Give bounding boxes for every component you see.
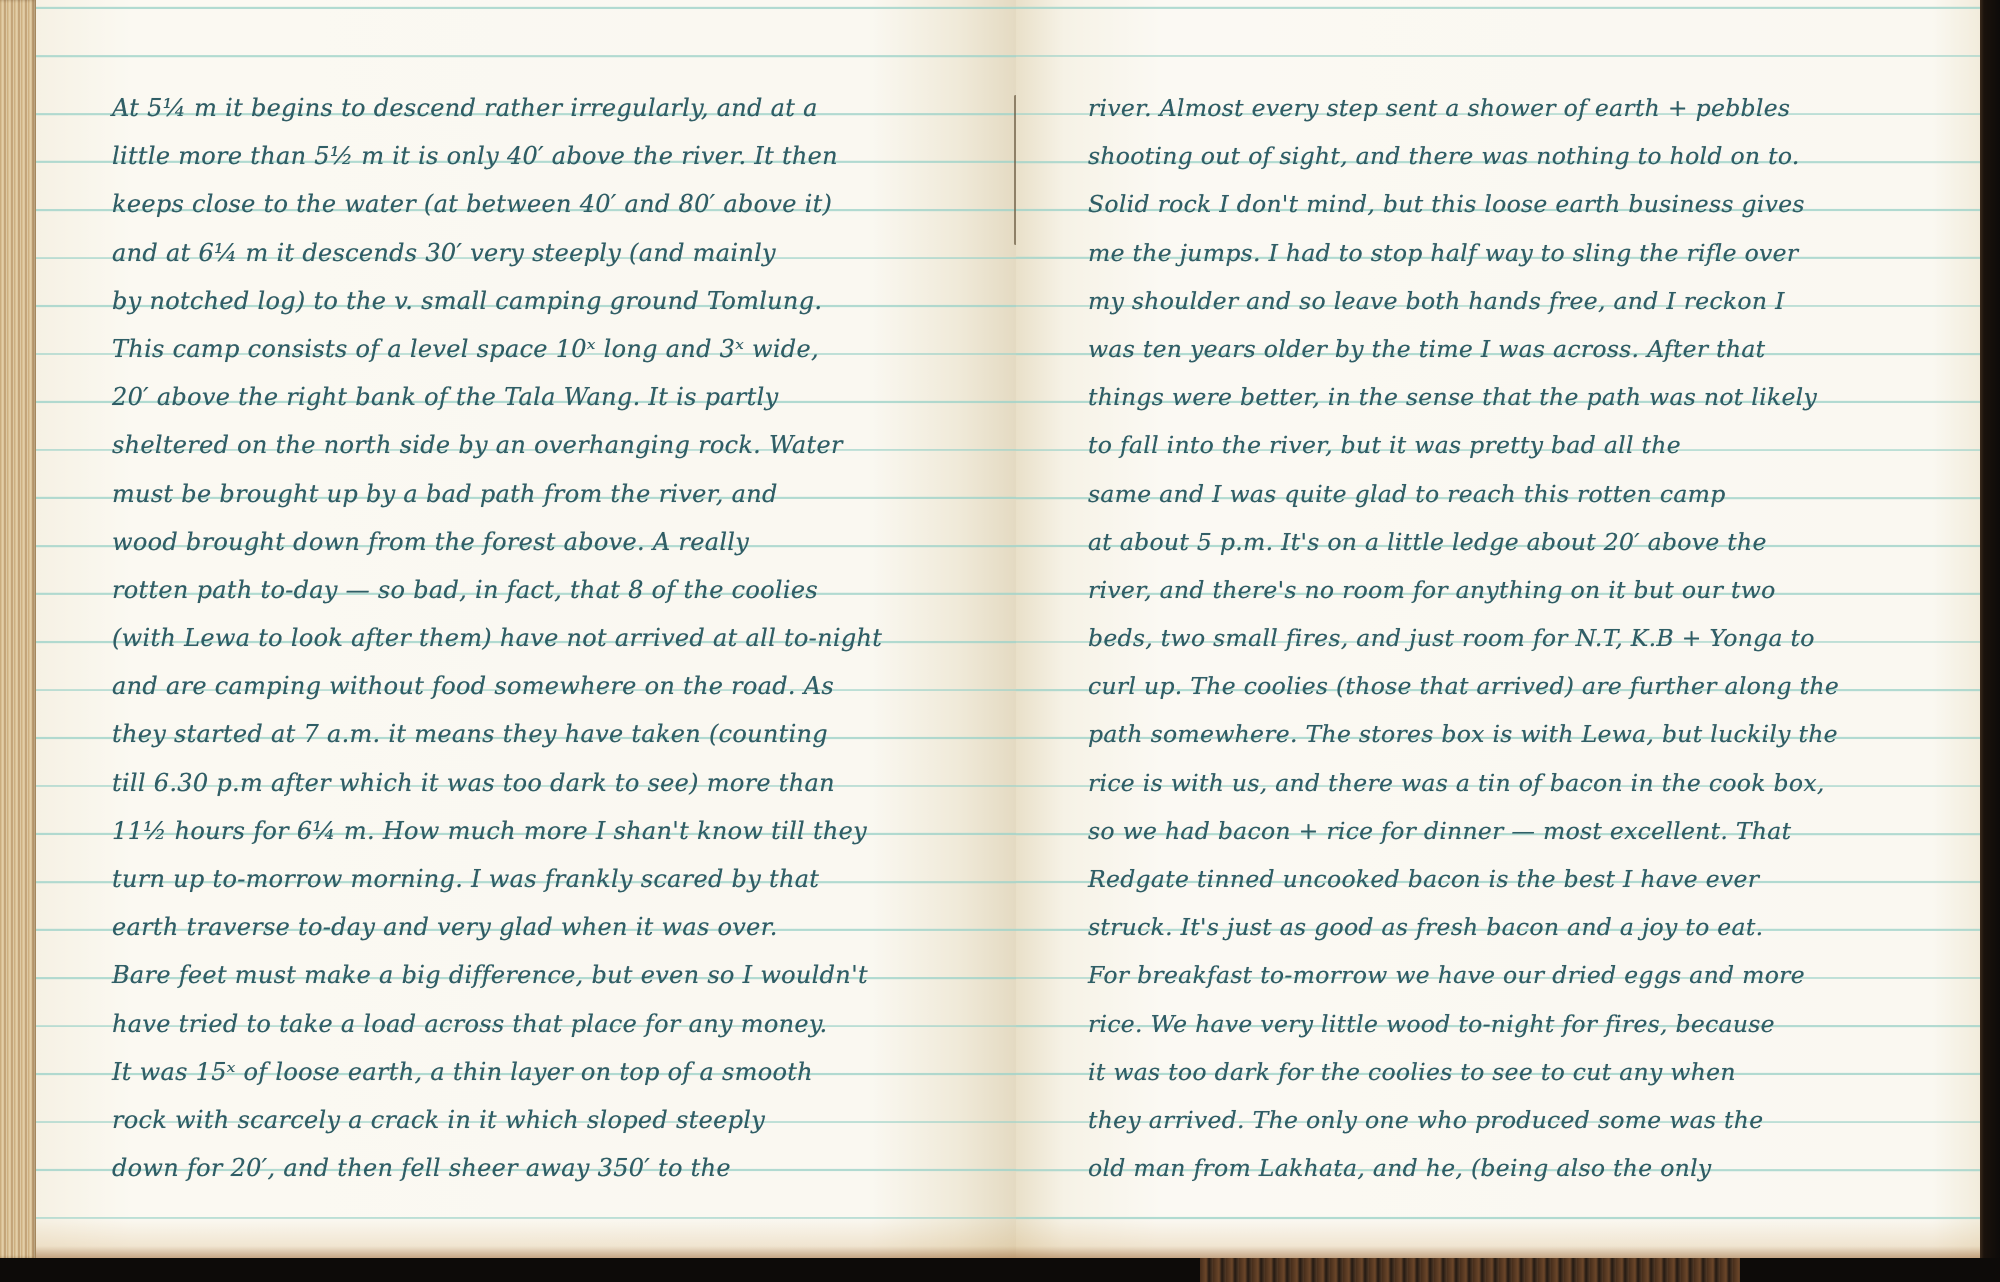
text-line: so we had bacon + rice for dinner — most…: [1088, 807, 1960, 855]
text-line: At 5¼ m it begins to descend rather irre…: [112, 84, 996, 132]
text-line: by notched log) to the v. small camping …: [112, 277, 996, 325]
text-line: rotten path to-day — so bad, in fact, th…: [112, 566, 996, 614]
text-line: 20′ above the right bank of the Tala Wan…: [112, 373, 996, 421]
text-line: have tried to take a load across that pl…: [112, 1000, 996, 1048]
text-line: at about 5 p.m. It's on a little ledge a…: [1088, 518, 1960, 566]
text-line: and at 6¼ m it descends 30′ very steeply…: [112, 229, 996, 277]
text-line: river. Almost every step sent a shower o…: [1088, 84, 1960, 132]
text-line: old man from Lakhata, and he, (being als…: [1088, 1144, 1960, 1192]
book-spine-bottom: [1200, 1258, 1740, 1282]
page-foxing: [36, 1218, 1016, 1258]
text-line: it was too dark for the coolies to see t…: [1088, 1048, 1960, 1096]
text-line: river, and there's no room for anything …: [1088, 566, 1960, 614]
text-line: Solid rock I don't mind, but this loose …: [1088, 180, 1960, 228]
text-line: down for 20′, and then fell sheer away 3…: [112, 1144, 996, 1192]
text-line: till 6.30 p.m after which it was too dar…: [112, 759, 996, 807]
text-line: 11½ hours for 6¼ m. How much more I shan…: [112, 807, 996, 855]
text-line: things were better, in the sense that th…: [1088, 373, 1960, 421]
text-line: curl up. The coolies (those that arrived…: [1088, 662, 1960, 710]
text-line: turn up to-morrow morning. I was frankly…: [112, 855, 996, 903]
book-cover-edge: [1980, 0, 2000, 1258]
text-line: they started at 7 a.m. it means they hav…: [112, 710, 996, 758]
text-line: Bare feet must make a big difference, bu…: [112, 951, 996, 999]
text-line: shooting out of sight, and there was not…: [1088, 132, 1960, 180]
left-page: At 5¼ m it begins to descend rather irre…: [36, 0, 1016, 1258]
page-stack-edge: [0, 0, 36, 1258]
text-line: to fall into the river, but it was prett…: [1088, 421, 1960, 469]
text-line: wood brought down from the forest above.…: [112, 518, 996, 566]
text-line: For breakfast to-morrow we have our drie…: [1088, 951, 1960, 999]
left-page-text: At 5¼ m it begins to descend rather irre…: [36, 84, 1016, 1192]
text-line: path somewhere. The stores box is with L…: [1088, 710, 1960, 758]
text-line: It was 15ˣ of loose earth, a thin layer …: [112, 1048, 996, 1096]
text-line: was ten years older by the time I was ac…: [1088, 325, 1960, 373]
text-line: This camp consists of a level space 10ˣ …: [112, 325, 996, 373]
text-line: must be brought up by a bad path from th…: [112, 470, 996, 518]
text-line: me the jumps. I had to stop half way to …: [1088, 229, 1960, 277]
page-foxing: [1016, 1218, 1980, 1258]
open-journal: At 5¼ m it begins to descend rather irre…: [0, 0, 2000, 1258]
text-line: earth traverse to-day and very glad when…: [112, 903, 996, 951]
text-line: Redgate tinned uncooked bacon is the bes…: [1088, 855, 1960, 903]
text-line: sheltered on the north side by an overha…: [112, 421, 996, 469]
text-line: rice is with us, and there was a tin of …: [1088, 759, 1960, 807]
text-line: (with Lewa to look after them) have not …: [112, 614, 996, 662]
text-line: they arrived. The only one who produced …: [1088, 1096, 1960, 1144]
text-line: struck. It's just as good as fresh bacon…: [1088, 903, 1960, 951]
text-line: my shoulder and so leave both hands free…: [1088, 277, 1960, 325]
right-page: river. Almost every step sent a shower o…: [1016, 0, 1980, 1258]
right-page-text: river. Almost every step sent a shower o…: [1016, 84, 1980, 1192]
text-line: rock with scarcely a crack in it which s…: [112, 1096, 996, 1144]
text-line: and are camping without food somewhere o…: [112, 662, 996, 710]
text-line: rice. We have very little wood to-night …: [1088, 1000, 1960, 1048]
text-line: keeps close to the water (at between 40′…: [112, 180, 996, 228]
text-line: beds, two small fires, and just room for…: [1088, 614, 1960, 662]
text-line: same and I was quite glad to reach this …: [1088, 470, 1960, 518]
text-line: little more than 5½ m it is only 40′ abo…: [112, 132, 996, 180]
